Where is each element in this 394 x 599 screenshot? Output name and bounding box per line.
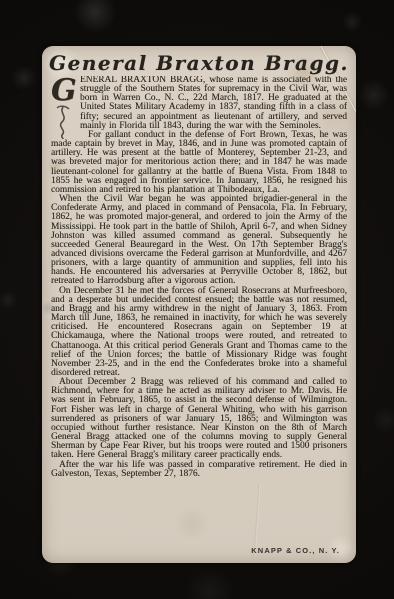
trade-card-back: General Braxton Bragg. G ENERAL BRAXTON … xyxy=(42,46,356,563)
paragraph-biography-intro: G ENERAL BRAXTON BRAGG, whose name is as… xyxy=(51,76,347,131)
ornate-initial-letter: G xyxy=(51,77,76,104)
paragraph-murfreesboro-chickamauga: On December 31 he met the forces of Gene… xyxy=(51,287,347,379)
drop-cap-initial: G xyxy=(51,77,76,140)
paragraph-text: ENERAL BRAXTON BRAGG, whose name is asso… xyxy=(80,76,347,131)
card-title: General Braxton Bragg. xyxy=(42,51,356,75)
paragraph-after-war: After the war his life was passed in com… xyxy=(51,461,347,479)
paragraph-richmond-wilmington: About December 2 Bragg was relieved of h… xyxy=(51,378,347,460)
paragraph-mexican-war: For gallant conduct in the defense of Fo… xyxy=(51,131,347,195)
publisher-credit: KNAPP & CO., N. Y. xyxy=(251,546,340,555)
photo-background: General Braxton Bragg. G ENERAL BRAXTON … xyxy=(0,0,394,599)
paragraph-civil-war-start: When the Civil War began he was appointe… xyxy=(51,195,347,287)
card-body-text: G ENERAL BRAXTON BRAGG, whose name is as… xyxy=(51,76,347,537)
flourish-ornament-icon xyxy=(56,105,71,139)
